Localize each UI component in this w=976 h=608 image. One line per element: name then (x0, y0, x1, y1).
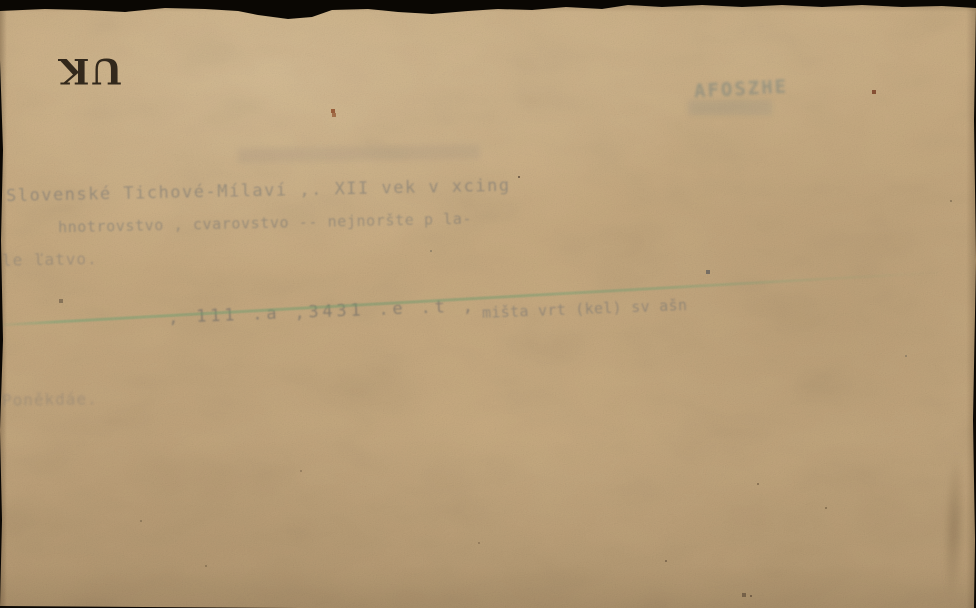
ghost-smudge (238, 144, 480, 163)
paper-specks (0, 0, 2, 2)
torn-top-edge-shadow (0, 0, 976, 12)
green-pencil-line (0, 271, 941, 327)
paper-crease-shadow (941, 452, 966, 603)
left-edge-shadow (0, 0, 7, 608)
library-stamp: UK (62, 46, 122, 92)
bleedthrough-line: Slovenské Tichové-Mílaví ,. XII vek v xc… (6, 176, 511, 207)
screenshot-root: { "meta": { "description": "Photograph o… (0, 0, 976, 608)
right-edge-shadow (966, 0, 976, 608)
bleedthrough-line: mišta vrt (kel) sv ašn (482, 296, 688, 322)
catalog-card: UK AFOSZHE Slovenské Tichové-Mílaví ,. X… (0, 0, 976, 608)
faint-ink-mark: AFOSZHE (693, 76, 788, 103)
bleedthrough-line: Poněkdáe. (2, 389, 98, 410)
ink-smudge (688, 100, 772, 115)
bleedthrough-line: hnotrovstvo , cvarovstvo -- nejnoršte p … (58, 210, 472, 237)
bleedthrough-line: le ľatvo. (2, 249, 98, 270)
